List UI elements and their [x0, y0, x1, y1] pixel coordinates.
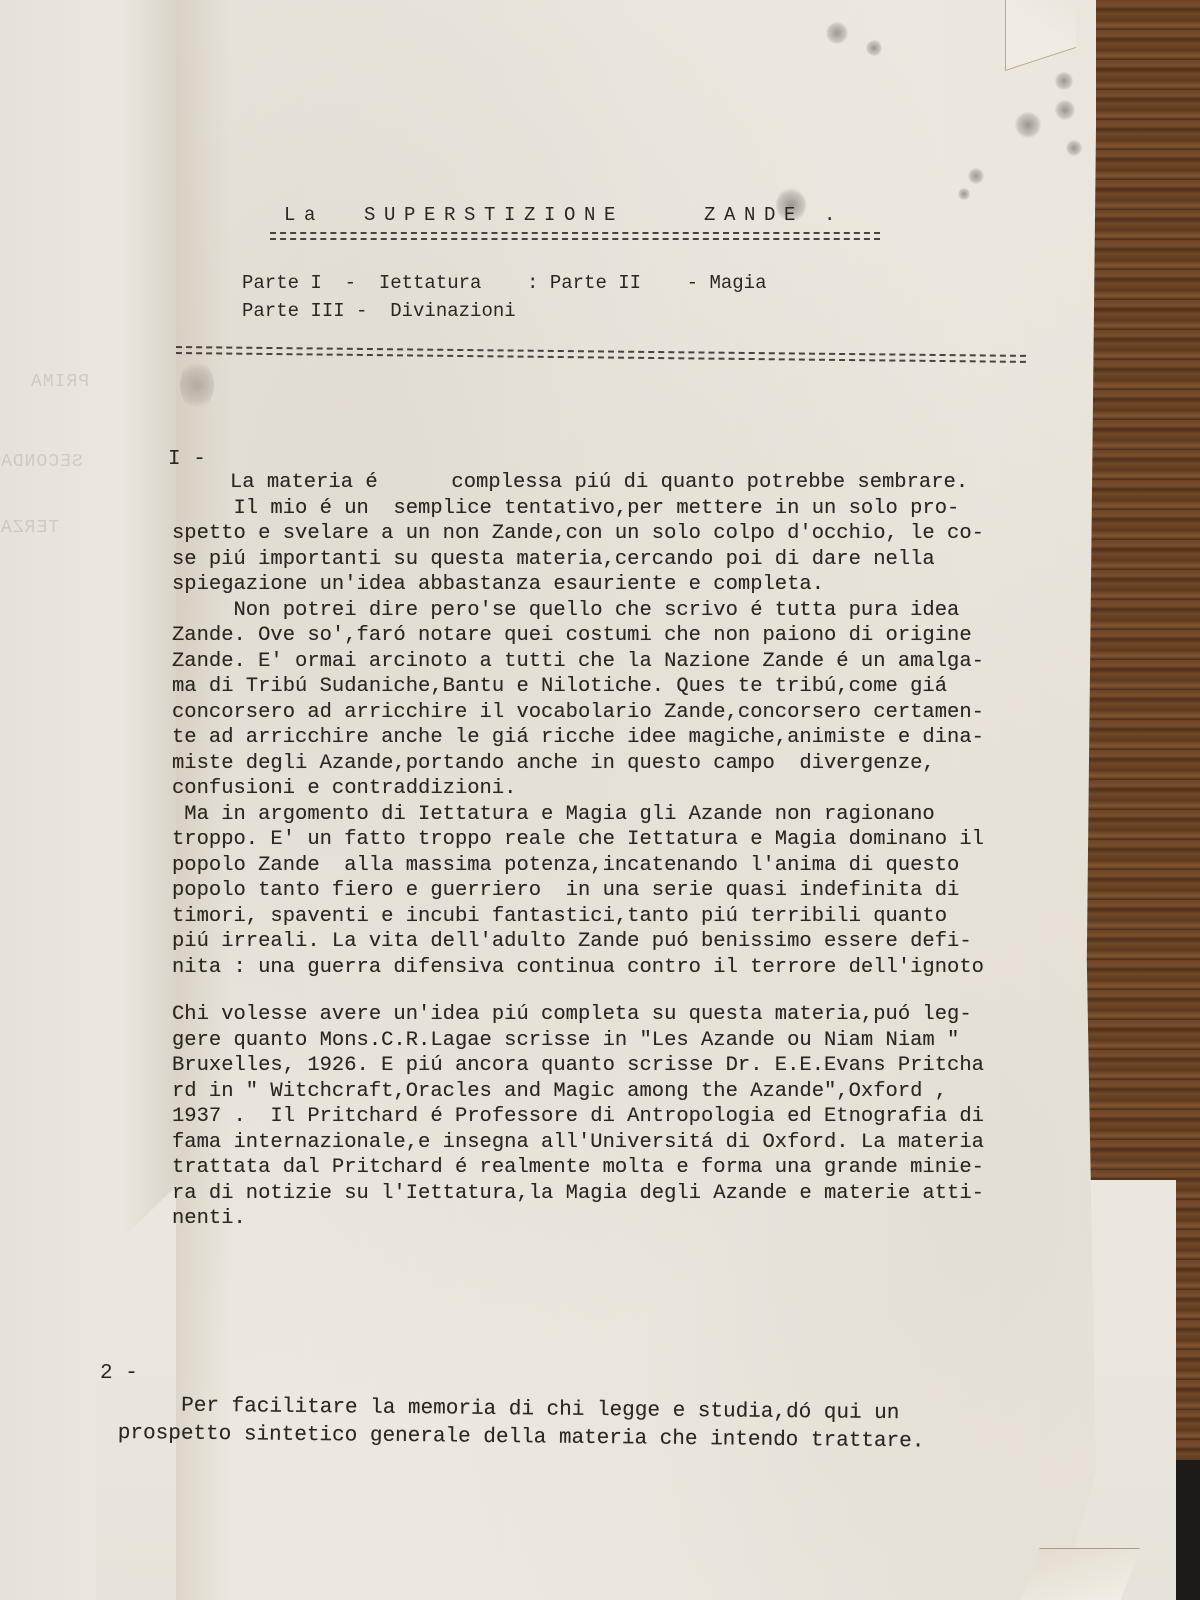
text-line: Chi volesse avere un'idea piú completa s…: [172, 1002, 984, 1028]
text-line: spiegazione un'idea abbastanza esaurient…: [172, 572, 984, 598]
text-line: popolo tanto fiero e guerriero in una se…: [172, 878, 984, 904]
text-line: rd in " Witchcraft,Oracles and Magic amo…: [172, 1079, 984, 1105]
bleed-through-text: TERZA: [0, 518, 59, 538]
document-title: La SUPERSTIZIONE ZANDE .: [284, 204, 844, 226]
text-line: popolo Zande alla massima potenza,incate…: [172, 853, 984, 879]
stain-spot: [1066, 140, 1082, 156]
text-line: Zande. Ove so',faró notare quei costumi …: [172, 623, 984, 649]
section-number-2: 2 -: [100, 1362, 138, 1385]
text-line: spetto e svelare a un non Zande,con un s…: [172, 521, 984, 547]
text-line: Il mio é un semplice tentativo,per mette…: [172, 496, 984, 522]
stain-spot: [958, 188, 970, 200]
text-line: Zande. E' ormai arcinoto a tutti che la …: [172, 649, 984, 675]
section-2-body: Per facilitare la memoria di chi legge e…: [118, 1392, 925, 1456]
title-underline: [270, 232, 880, 240]
text-line: nita : una guerra difensiva continua con…: [172, 955, 984, 981]
text-line: te ad arricchire anche le giá ricche ide…: [172, 725, 984, 751]
text-line: fama internazionale,e insegna all'Univer…: [172, 1130, 984, 1156]
text-line: piú irreali. La vita dell'adulto Zande p…: [172, 929, 984, 955]
text-line: La materia é complessa piú di quanto pot…: [172, 470, 984, 496]
text-line: 1937 . Il Pritchard é Professore di Antr…: [172, 1104, 984, 1130]
stain-spot: [180, 360, 214, 410]
text-line: Ma in argomento di Iettatura e Magia gli…: [172, 802, 984, 828]
text-line: se piú importanti su questa materia,cerc…: [172, 547, 984, 573]
text-line: confusioni e contraddizioni.: [172, 776, 984, 802]
text-line: ra di notizie su l'Iettatura,la Magia de…: [172, 1181, 984, 1207]
parts-line-1: Parte I - Iettatura : Parte II - Magia: [242, 272, 767, 294]
stain-spot: [1015, 112, 1041, 138]
folded-corner-bottom: [1020, 1548, 1139, 1600]
text-line: nenti.: [172, 1206, 984, 1232]
parts-line-2: Parte III - Divinazioni: [242, 300, 516, 322]
section-number-1: I -: [168, 448, 206, 471]
text-line: ma di Tribú Sudaniche,Bantu e Nilotiche.…: [172, 674, 984, 700]
text-line: [172, 980, 984, 1002]
text-line: miste degli Azande,portando anche in que…: [172, 751, 984, 777]
text-line: trattata dal Pritchard é realmente molta…: [172, 1155, 984, 1181]
stain-spot: [1055, 100, 1075, 120]
text-line: gere quanto Mons.C.R.Lagae scrisse in "L…: [172, 1028, 984, 1054]
text-line: timori, spaventi e incubi fantastici,tan…: [172, 904, 984, 930]
bleed-through-text: PRIMA: [30, 372, 89, 392]
bleed-through-text: SECONDA: [0, 452, 83, 472]
text-line: Bruxelles, 1926. E piú ancora quanto scr…: [172, 1053, 984, 1079]
stain-spot: [866, 40, 882, 56]
stain-spot: [968, 168, 984, 184]
stain-spot: [826, 22, 848, 44]
text-line: concorsero ad arricchire il vocabolario …: [172, 700, 984, 726]
text-line: troppo. E' un fatto troppo reale che Iet…: [172, 827, 984, 853]
stain-spot: [1055, 72, 1073, 90]
section-1-body: La materia é complessa piú di quanto pot…: [172, 470, 984, 1232]
text-line: Non potrei dire pero'se quello che scriv…: [172, 598, 984, 624]
